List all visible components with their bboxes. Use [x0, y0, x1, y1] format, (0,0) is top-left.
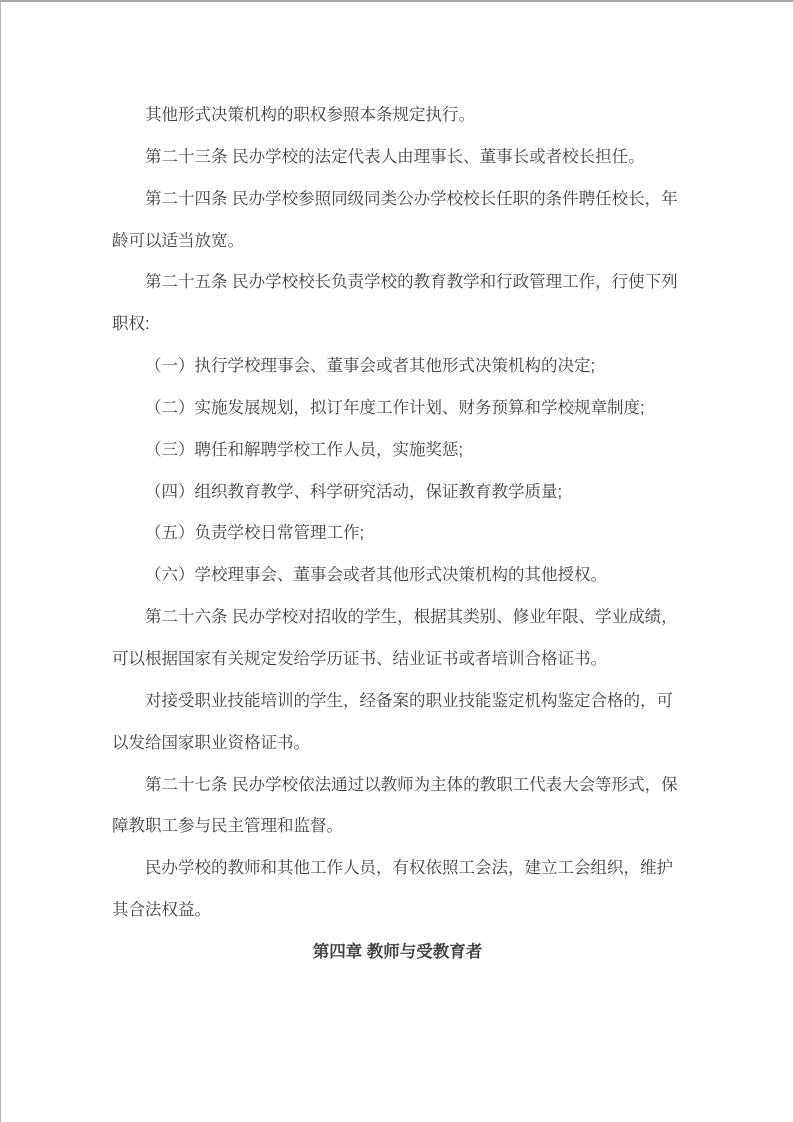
- body-paragraph: 第二十四条 民办学校参照同级同类公办学校校长任职的条件聘任校长，年龄可以适当放宽…: [112, 179, 683, 263]
- list-item: （一）执行学校理事会、董事会或者其他形式决策机构的决定;: [112, 346, 683, 388]
- document-content: 其他形式决策机构的职权参照本条规定执行。第二十三条 民办学校的法定代表人由理事长…: [1, 2, 793, 974]
- document-page: 其他形式决策机构的职权参照本条规定执行。第二十三条 民办学校的法定代表人由理事长…: [0, 0, 793, 1122]
- list-item: （二）实施发展规划，拟订年度工作计划、财务预算和学校规章制度;: [112, 388, 683, 430]
- list-item: （三）聘任和解聘学校工作人员，实施奖惩;: [112, 430, 683, 472]
- body-paragraph: 第二十三条 民办学校的法定代表人由理事长、董事长或者校长担任。: [112, 137, 683, 179]
- body-paragraph: 民办学校的教师和其他工作人员，有权依照工会法，建立工会组织，维护其合法权益。: [112, 848, 683, 932]
- list-item: （四）组织教育教学、科学研究活动，保证教育教学质量;: [112, 472, 683, 514]
- body-paragraph: 对接受职业技能培训的学生，经备案的职业技能鉴定机构鉴定合格的，可以发给国家职业资…: [112, 681, 683, 765]
- list-item: （五）负责学校日常管理工作;: [112, 513, 683, 555]
- chapter-heading: 第四章 教师与受教育者: [112, 932, 683, 974]
- list-item: （六）学校理事会、董事会或者其他形式决策机构的其他授权。: [112, 555, 683, 597]
- body-paragraph: 其他形式决策机构的职权参照本条规定执行。: [112, 95, 683, 137]
- body-paragraph: 第二十七条 民办学校依法通过以教师为主体的教职工代表大会等形式，保障教职工参与民…: [112, 765, 683, 849]
- body-paragraph: 第二十六条 民办学校对招收的学生，根据其类别、修业年限、学业成绩，可以根据国家有…: [112, 597, 683, 681]
- body-paragraph: 第二十五条 民办学校校长负责学校的教育教学和行政管理工作，行使下列职权:: [112, 262, 683, 346]
